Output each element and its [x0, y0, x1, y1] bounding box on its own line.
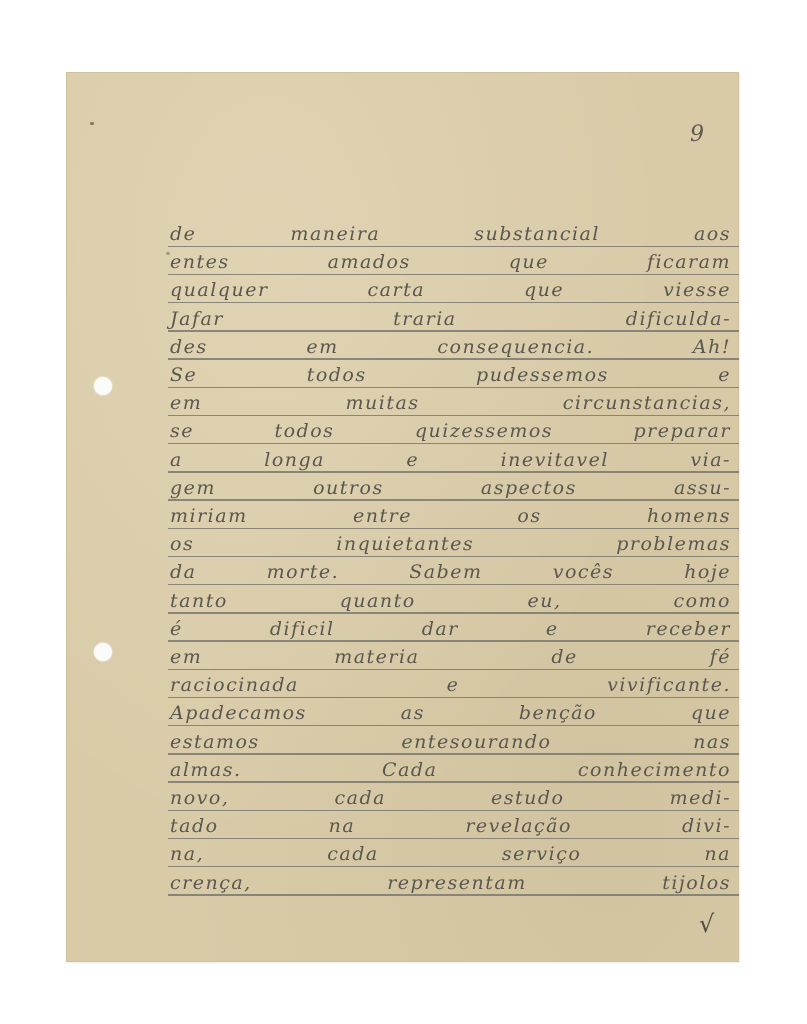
handwritten-word: morte.: [267, 561, 339, 583]
handwritten-word: pudessemos: [476, 364, 609, 386]
binder-hole-bottom: [94, 643, 112, 661]
handwritten-word: divi-: [682, 815, 731, 837]
handwritten-word: que: [691, 702, 731, 724]
handwritten-word: de: [170, 223, 196, 245]
handwritten-word: muitas: [346, 392, 420, 414]
handwritten-word: novo,: [170, 787, 229, 809]
handwritten-word: homens: [647, 505, 731, 527]
handwritten-word: inquietantes: [336, 533, 474, 555]
handwritten-line-text: emmateriadefé: [170, 646, 731, 668]
handwritten-word: na: [329, 815, 356, 837]
text-line: estamosentesourandonas: [168, 727, 739, 755]
checkmark-icon: √: [699, 910, 714, 938]
handwritten-word: dar: [422, 618, 459, 640]
handwritten-word: todos: [307, 364, 367, 386]
handwritten-word: que: [509, 251, 549, 273]
handwritten-line-text: crença,representamtijolos: [170, 872, 731, 894]
handwritten-word: vocês: [553, 561, 614, 583]
handwritten-word: fé: [710, 646, 731, 668]
handwritten-word: eu,: [528, 590, 562, 612]
handwritten-word: consequencia.: [437, 336, 594, 358]
text-line: miriamentreoshomens: [168, 501, 739, 529]
text-line: alongaeinevitavelvia-: [168, 445, 739, 473]
handwritten-word: e: [406, 449, 419, 471]
handwritten-word: dificil: [270, 618, 335, 640]
handwritten-word: tanto: [170, 590, 228, 612]
paper-speck: [90, 122, 94, 125]
handwritten-word: cada: [327, 843, 378, 865]
handwritten-word: crença,: [170, 872, 252, 894]
text-line: na,cadaserviçona: [168, 839, 739, 867]
handwritten-word: revelação: [465, 815, 572, 837]
handwritten-line-text: alongaeinevitavelvia-: [170, 449, 731, 471]
handwritten-word: tijolos: [662, 872, 731, 894]
manuscript-page: 9 demaneirasubstancialaosentesamadosquef…: [66, 72, 739, 962]
handwritten-word: benção: [519, 702, 597, 724]
handwritten-word: os: [170, 533, 194, 555]
handwritten-word: entes: [170, 251, 230, 273]
handwritten-word: ficaram: [647, 251, 731, 273]
text-line: novo,cadaestudomedi-: [168, 783, 739, 811]
text-line: qualquercartaqueviesse: [168, 275, 739, 303]
handwritten-text-area: demaneirasubstancialaosentesamadosquefic…: [168, 72, 739, 962]
handwritten-word: viesse: [663, 279, 731, 301]
text-line: tadonarevelaçãodivi-: [168, 811, 739, 839]
handwritten-word: na: [704, 843, 731, 865]
handwritten-line-text: entesamadosqueficaram: [170, 251, 731, 273]
handwritten-line-text: damorte.Sabemvocêshoje: [170, 561, 731, 583]
text-line: almas.Cadaconhecimento: [168, 755, 739, 783]
handwritten-word: tado: [170, 815, 219, 837]
handwritten-word: amados: [328, 251, 411, 273]
handwritten-word: as: [401, 702, 425, 724]
handwritten-word: preparar: [633, 420, 730, 442]
handwritten-word: outros: [313, 477, 384, 499]
handwritten-word: Jafar: [170, 308, 224, 330]
text-line: gemoutrosaspectosassu-: [168, 473, 739, 501]
handwritten-word: na,: [170, 843, 204, 865]
handwritten-word: em: [170, 646, 202, 668]
text-line: tantoquantoeu,como: [168, 586, 739, 614]
handwritten-line-text: osinquietantesproblemas: [170, 533, 731, 555]
handwritten-word: receber: [646, 618, 731, 640]
text-line: demaneirasubstancialaos: [168, 219, 739, 247]
handwritten-word: serviço: [502, 843, 581, 865]
handwritten-word: quizessemos: [415, 420, 553, 442]
handwritten-word: raciocinada: [170, 674, 299, 696]
handwritten-word: substancial: [474, 223, 600, 245]
handwritten-word: da: [170, 561, 197, 583]
handwritten-word: aos: [694, 223, 731, 245]
handwritten-word: via-: [690, 449, 731, 471]
handwritten-word: e: [447, 674, 460, 696]
handwritten-word: como: [673, 590, 731, 612]
handwritten-word: entre: [353, 505, 412, 527]
text-line: crença,representamtijolos: [168, 868, 739, 896]
text-line: osinquietantesproblemas: [168, 529, 739, 557]
text-line: Apadecamosasbençãoque: [168, 698, 739, 726]
handwritten-word: e: [546, 618, 559, 640]
handwritten-word: e: [718, 364, 731, 386]
handwritten-line-text: tantoquantoeu,como: [170, 590, 731, 612]
text-line: édificildarereceber: [168, 614, 739, 642]
text-line: entesamadosqueficaram: [168, 247, 739, 275]
handwritten-word: Se: [170, 364, 197, 386]
text-line: setodosquizessemospreparar: [168, 416, 739, 444]
handwritten-line-text: tadonarevelaçãodivi-: [170, 815, 731, 837]
handwritten-word: circunstancias,: [563, 392, 731, 414]
handwritten-word: entesourando: [401, 731, 551, 753]
handwritten-line-text: estamosentesourandonas: [170, 731, 731, 753]
handwritten-word: de: [551, 646, 577, 668]
handwritten-word: aspectos: [481, 477, 577, 499]
handwritten-line-text: demaneirasubstancialaos: [170, 223, 731, 245]
handwritten-word: Ah!: [693, 336, 731, 358]
handwritten-word: Apadecamos: [170, 702, 307, 724]
handwritten-word: quanto: [340, 590, 416, 612]
handwritten-line-text: na,cadaserviçona: [170, 843, 731, 865]
handwritten-word: conhecimento: [578, 759, 731, 781]
handwritten-line-text: miriamentreoshomens: [170, 505, 731, 527]
handwritten-line-text: emmuitascircunstancias,: [170, 392, 731, 414]
handwritten-word: carta: [368, 279, 426, 301]
handwritten-word: nas: [693, 731, 731, 753]
handwritten-line-text: almas.Cadaconhecimento: [170, 759, 731, 781]
text-line: Jafartrariadificulda-: [168, 304, 739, 332]
handwritten-word: Cada: [382, 759, 437, 781]
handwritten-word: problemas: [616, 533, 731, 555]
handwritten-line-text: édificildarereceber: [170, 618, 731, 640]
handwritten-word: que: [524, 279, 564, 301]
handwritten-line-text: Apadecamosasbençãoque: [170, 702, 731, 724]
text-line: emmuitascircunstancias,: [168, 388, 739, 416]
handwritten-word: materia: [334, 646, 419, 668]
handwritten-word: maneira: [290, 223, 380, 245]
handwritten-line-text: novo,cadaestudomedi-: [170, 787, 731, 809]
handwritten-word: vivificante.: [607, 674, 731, 696]
handwritten-word: longa: [264, 449, 325, 471]
handwritten-word: todos: [274, 420, 334, 442]
handwritten-word: a: [170, 449, 183, 471]
handwritten-word: cada: [334, 787, 385, 809]
handwritten-word: estudo: [491, 787, 564, 809]
handwritten-word: representam: [387, 872, 527, 894]
handwritten-word: os: [517, 505, 541, 527]
handwritten-line-text: setodosquizessemospreparar: [170, 420, 731, 442]
handwritten-line-text: Setodospudessemose: [170, 364, 731, 386]
handwritten-word: dificulda-: [626, 308, 731, 330]
handwritten-word: miriam: [170, 505, 248, 527]
ruled-line: [168, 894, 739, 896]
handwritten-word: em: [170, 392, 202, 414]
handwritten-word: almas.: [170, 759, 242, 781]
handwritten-line-text: raciocinadaevivificante.: [170, 674, 731, 696]
text-line: emmateriadefé: [168, 642, 739, 670]
text-line: desemconsequencia.Ah!: [168, 332, 739, 360]
handwritten-line-text: gemoutrosaspectosassu-: [170, 477, 731, 499]
handwritten-line-text: qualquercartaqueviesse: [170, 279, 731, 301]
handwritten-word: se: [170, 420, 194, 442]
handwritten-word: em: [306, 336, 338, 358]
handwritten-word: Sabem: [409, 561, 482, 583]
handwritten-word: assu-: [674, 477, 731, 499]
text-line: damorte.Sabemvocêshoje: [168, 557, 739, 585]
handwritten-line-text: desemconsequencia.Ah!: [170, 336, 731, 358]
handwritten-word: traria: [393, 308, 457, 330]
text-line: Setodospudessemose: [168, 360, 739, 388]
handwritten-word: inevitavel: [501, 449, 609, 471]
text-line: raciocinadaevivificante.: [168, 670, 739, 698]
handwritten-word: gem: [170, 477, 216, 499]
handwritten-word: qualquer: [170, 279, 269, 301]
handwritten-word: hoje: [684, 561, 731, 583]
handwritten-line-text: Jafartrariadificulda-: [170, 308, 731, 330]
handwritten-word: medi-: [670, 787, 731, 809]
handwritten-word: estamos: [170, 731, 260, 753]
handwritten-word: des: [170, 336, 208, 358]
binder-hole-top: [94, 377, 112, 395]
handwritten-word: é: [170, 618, 183, 640]
